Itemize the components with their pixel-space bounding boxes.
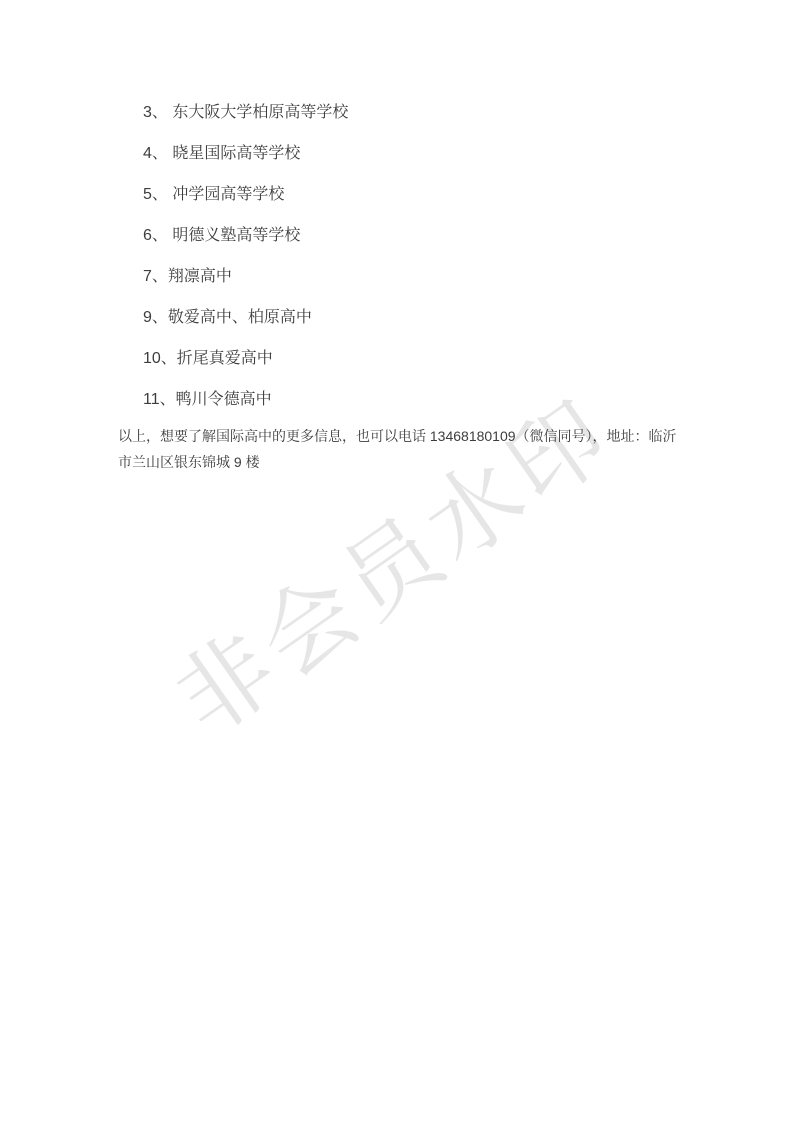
contact-paragraph-line-1: 以上，想要了解国际高中的更多信息，也可以电话 13468180109（微信同号）…	[118, 423, 675, 449]
school-list: 3、 东大阪大学柏原高等学校 4、 晓星国际高等学校 5、 冲学园高等学校 6、…	[118, 103, 675, 410]
school-list-item: 5、 冲学园高等学校	[118, 185, 675, 205]
school-list-item: 4、 晓星国际高等学校	[118, 144, 675, 164]
school-list-item: 3、 东大阪大学柏原高等学校	[118, 103, 675, 123]
school-list-item: 6、 明德义塾高等学校	[118, 226, 675, 246]
school-list-item: 7、翔凛高中	[118, 267, 675, 287]
contact-paragraph: 以上，想要了解国际高中的更多信息，也可以电话 13468180109（微信同号）…	[118, 423, 675, 475]
school-list-item: 10、折尾真爱高中	[118, 349, 675, 369]
school-list-item: 9、敬爱高中、柏原高中	[118, 308, 675, 328]
school-list-item: 11、鸭川令德高中	[118, 390, 675, 410]
contact-paragraph-line-2: 市兰山区银东锦城 9 楼	[118, 449, 675, 475]
document-content: 3、 东大阪大学柏原高等学校 4、 晓星国际高等学校 5、 冲学园高等学校 6、…	[118, 103, 675, 475]
document-page: 非会员水印 3、 东大阪大学柏原高等学校 4、 晓星国际高等学校 5、 冲学园高…	[0, 0, 793, 1122]
